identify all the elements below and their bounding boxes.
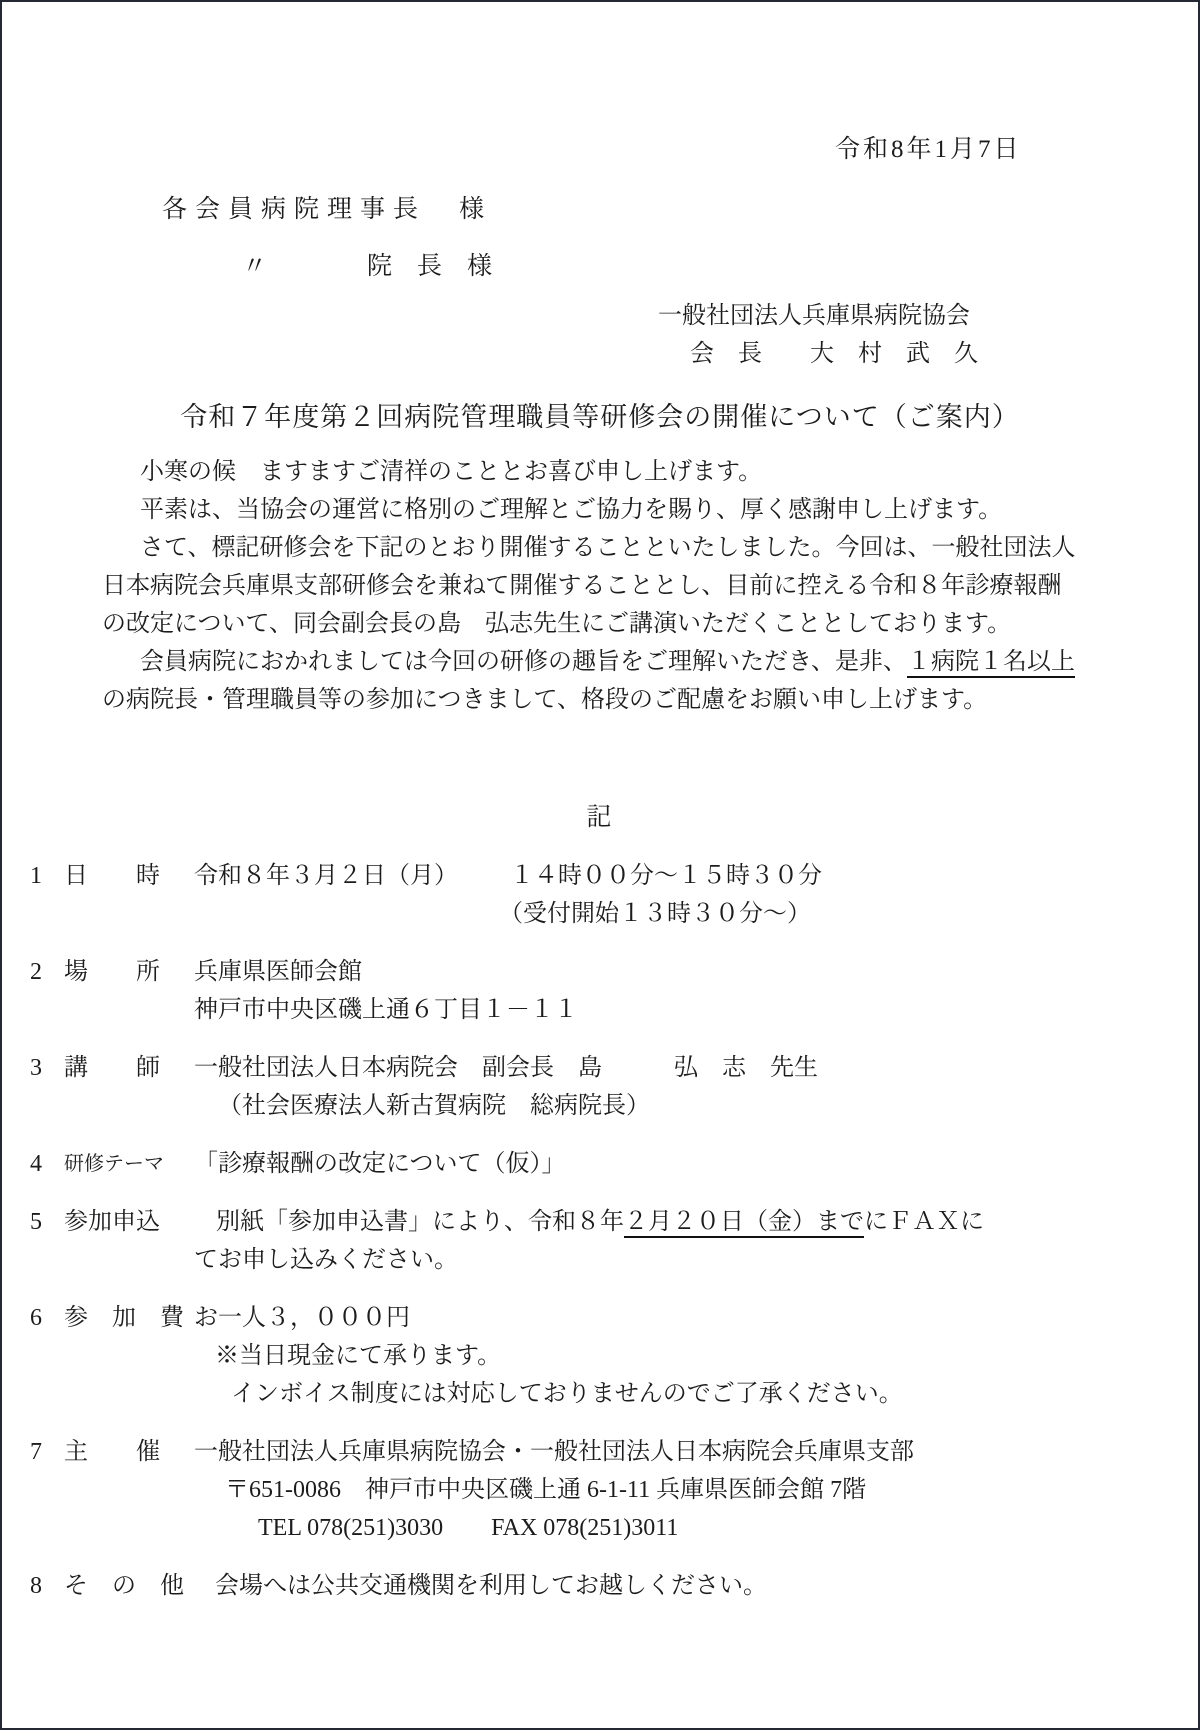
item-other: 8 そ の 他 会場へは公共交通機関を利用してお越しください。 xyxy=(2,1567,1198,1605)
item-theme: 4 研修テーマ 「診療報酬の改定について（仮）」 xyxy=(2,1145,1198,1183)
item-label-lecturer: 講 師 xyxy=(64,1049,194,1125)
lecturer-affiliation: （社会医療法人新古賀病院 総病院長） xyxy=(194,1087,1198,1125)
request-line-1-text: 会員病院におかれましては今回の研修の趣旨をご理解いただき、是非、 xyxy=(140,649,907,675)
theme-title: 「診療報酬の改定について（仮）」 xyxy=(194,1145,1198,1183)
item-content-other: 会場へは公共交通機関を利用してお越しください。 xyxy=(194,1567,1198,1605)
item-label-fee: 参 加 費 xyxy=(64,1299,194,1413)
fee-note-invoice: インボイス制度には対応しておりませんのでご了承ください。 xyxy=(194,1375,1198,1413)
item-content-datetime: 令和８年３月２日（月）１４時００分～１５時３０分 （受付開始１３時３０分～） xyxy=(194,857,1198,933)
item-label-theme: 研修テーマ xyxy=(64,1145,194,1183)
lecturer-name: 一般社団法人日本病院会 副会長 島 弘 志 先生 xyxy=(194,1049,1198,1087)
item-number: 7 xyxy=(30,1433,64,1547)
record-marker: 記 xyxy=(2,799,1198,837)
organizer-names: 一般社団法人兵庫県病院協会・一般社団法人日本病院会兵庫県支部 xyxy=(194,1433,1198,1471)
application-text-post: にＦＡＸに xyxy=(864,1209,984,1235)
announcement-line-2: 日本病院会兵庫県支部研修会を兼ねて開催することとし、目前に控える令和８年診療報酬 xyxy=(102,567,1108,605)
item-number: 5 xyxy=(30,1203,64,1279)
item-content-theme: 「診療報酬の改定について（仮）」 xyxy=(194,1145,1198,1183)
item-fee: 6 参 加 費 お一人３，０００円 ※当日現金にて承ります。 インボイス制度には… xyxy=(2,1299,1198,1413)
greeting-line-1: 小寒の候 ますますご清祥のこととお喜び申し上げます。 xyxy=(102,453,1108,491)
item-number: 8 xyxy=(30,1567,64,1605)
application-text-pre: 別紙「参加申込書」により、令和８年 xyxy=(216,1209,624,1235)
detail-items: 1 日 時 令和８年３月２日（月）１４時００分～１５時３０分 （受付開始１３時３… xyxy=(2,857,1198,1605)
item-content-lecturer: 一般社団法人日本病院会 副会長 島 弘 志 先生 （社会医療法人新古賀病院 総病… xyxy=(194,1049,1198,1125)
item-label-application: 参加申込 xyxy=(64,1203,194,1279)
item-number: 3 xyxy=(30,1049,64,1125)
item-label-venue: 場 所 xyxy=(64,953,194,1029)
item-label-other: そ の 他 xyxy=(64,1567,194,1605)
other-transport-note: 会場へは公共交通機関を利用してお越しください。 xyxy=(194,1567,1198,1605)
item-content-application: 別紙「参加申込書」により、令和８年２月２０日（金）までにＦＡＸに てお申し込みく… xyxy=(194,1203,1198,1279)
request-line-2: の病院長・管理職員等の参加につきまして、格段のご配慮をお願い申し上げます。 xyxy=(102,681,1108,719)
organizer-address: 〒651-0086 神戸市中央区磯上通 6-1-11 兵庫県医師会館 7階 xyxy=(194,1471,1198,1509)
item-number: 2 xyxy=(30,953,64,1029)
request-line-1-underlined: １病院１名以上 xyxy=(907,649,1075,678)
announcement-line-1: さて、標記研修会を下記のとおり開催することといたしました。今回は、一般社団法人 xyxy=(102,529,1108,567)
item-datetime: 1 日 時 令和８年３月２日（月）１４時００分～１５時３０分 （受付開始１３時３… xyxy=(2,857,1198,933)
announcement-line-3: の改定について、同会副会長の島 弘志先生にご講演いただくこととしております。 xyxy=(102,605,1108,643)
request-line-1: 会員病院におかれましては今回の研修の趣旨をご理解いただき、是非、１病院１名以上 xyxy=(102,643,1108,681)
fee-amount: お一人３，０００円 xyxy=(194,1299,1198,1337)
datetime-line-1: 令和８年３月２日（月）１４時００分～１５時３０分 xyxy=(194,857,1198,895)
reception-time: （受付開始１３時３０分～） xyxy=(194,895,1198,933)
item-label-datetime: 日 時 xyxy=(64,857,194,933)
item-content-venue: 兵庫県医師会館 神戸市中央区磯上通６丁目１－１１ xyxy=(194,953,1198,1029)
venue-address: 神戸市中央区磯上通６丁目１－１１ xyxy=(194,991,1198,1029)
application-deadline-underlined: ２月２０日（金）まで xyxy=(624,1209,864,1238)
item-number: 6 xyxy=(30,1299,64,1413)
item-number: 4 xyxy=(30,1145,64,1183)
fee-note-cash: ※当日現金にて承ります。 xyxy=(194,1337,1198,1375)
sender-president: 会 長 大 村 武 久 xyxy=(690,337,1198,371)
recipient-line-chairman: 各会員病院理事長 様 xyxy=(162,193,1198,227)
item-application: 5 参加申込 別紙「参加申込書」により、令和８年２月２０日（金）までにＦＡＸに … xyxy=(2,1203,1198,1279)
application-line-2: てお申し込みください。 xyxy=(194,1241,1198,1279)
document-date: 令和8年1月7日 xyxy=(835,133,1198,167)
item-lecturer: 3 講 師 一般社団法人日本病院会 副会長 島 弘 志 先生 （社会医療法人新古… xyxy=(2,1049,1198,1125)
event-date: 令和８年３月２日（月） xyxy=(194,863,458,889)
venue-name: 兵庫県医師会館 xyxy=(194,953,1198,991)
application-line-1: 別紙「参加申込書」により、令和８年２月２０日（金）までにＦＡＸに xyxy=(194,1203,1198,1241)
item-venue: 2 場 所 兵庫県医師会館 神戸市中央区磯上通６丁目１－１１ xyxy=(2,953,1198,1029)
recipient-line-director: 〃 院 長 様 xyxy=(242,250,1198,284)
document-title: 令和７年度第２回病院管理職員等研修会の開催について（ご案内） xyxy=(2,397,1198,437)
body-paragraphs: 小寒の候 ますますご清祥のこととお喜び申し上げます。 平素は、当協会の運営に格別… xyxy=(102,453,1108,719)
organizer-tel-fax: TEL 078(251)3030 FAX 078(251)3011 xyxy=(194,1509,1198,1547)
item-content-fee: お一人３，０００円 ※当日現金にて承ります。 インボイス制度には対応しておりませ… xyxy=(194,1299,1198,1413)
item-number: 1 xyxy=(30,857,64,933)
event-time: １４時００分～１５時３０分 xyxy=(510,863,822,889)
greeting-line-2: 平素は、当協会の運営に格別のご理解とご協力を賜り、厚く感謝申し上げます。 xyxy=(102,491,1108,529)
document-page: 令和8年1月7日 各会員病院理事長 様 〃 院 長 様 一般社団法人兵庫県病院協… xyxy=(0,0,1200,1730)
sender-organization: 一般社団法人兵庫県病院協会 xyxy=(658,299,1198,333)
item-label-organizer: 主 催 xyxy=(64,1433,194,1547)
item-organizer: 7 主 催 一般社団法人兵庫県病院協会・一般社団法人日本病院会兵庫県支部 〒65… xyxy=(2,1433,1198,1547)
item-content-organizer: 一般社団法人兵庫県病院協会・一般社団法人日本病院会兵庫県支部 〒651-0086… xyxy=(194,1433,1198,1547)
